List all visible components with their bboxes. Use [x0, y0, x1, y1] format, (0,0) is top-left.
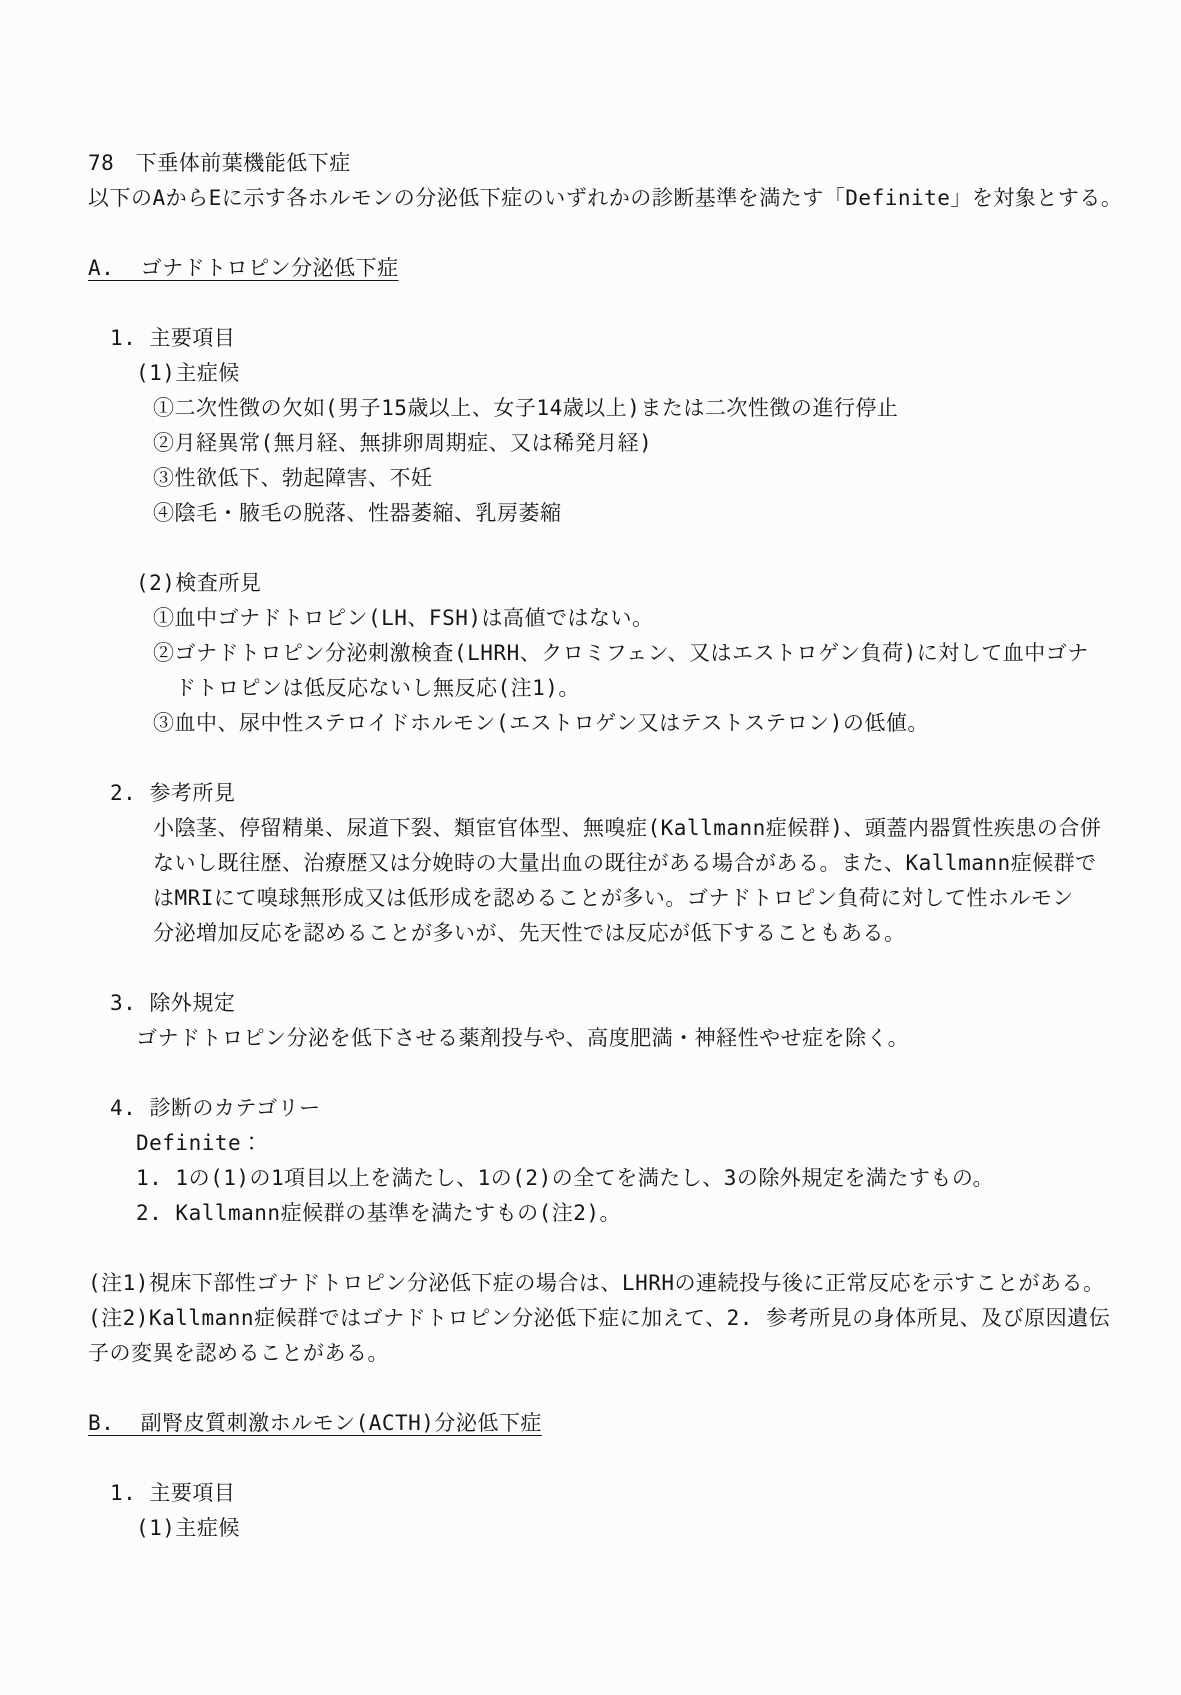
a-main-items-title: 1. 主要項目 [88, 321, 1141, 356]
b-main-items-title: 1. 主要項目 [88, 1476, 1141, 1511]
a-definite-label: Definite： [88, 1126, 1141, 1161]
note-2-continuation: 子の変異を認めることがある。 [88, 1336, 1141, 1371]
b-symptoms-title: (1)主症候 [88, 1511, 1141, 1546]
a-symptom-item-1: ①二次性徴の欠如(男子15歳以上、女子14歳以上)または二次性徴の進行停止 [88, 391, 1141, 426]
a-symptom-item-2: ②月経異常(無月経、無排卵周期症、又は稀発月経) [88, 426, 1141, 461]
section-b-heading: B. 副腎皮質刺激ホルモン(ACTH)分泌低下症 [88, 1406, 1141, 1441]
a-reference-line-4: 分泌増加反応を認めることが多いが、先天性では反応が低下することもある。 [88, 916, 1141, 951]
page-number-title: 78 下垂体前葉機能低下症 [88, 146, 1141, 181]
a-reference-line-2: ないし既往歴、治療歴又は分娩時の大量出血の既往がある場合がある。また、Kallm… [88, 846, 1141, 881]
a-exclusion-body: ゴナドトロピン分泌を低下させる薬剤投与や、高度肥満・神経性やせ症を除く。 [88, 1021, 1141, 1056]
a-symptom-item-4: ④陰毛・腋毛の脱落、性器萎縮、乳房萎縮 [88, 496, 1141, 531]
section-a-heading: A. ゴナドトロピン分泌低下症 [88, 251, 1141, 286]
scope-statement: 以下のAからEに示す各ホルモンの分泌低下症のいずれかの診断基準を満たす「Defi… [88, 181, 1141, 216]
a-reference-line-1: 小陰茎、停留精巣、尿道下裂、類宦官体型、無嗅症(Kallmann症候群)、頭蓋内… [88, 811, 1141, 846]
a-lab-item-3: ③血中、尿中性ステロイドホルモン(エストロゲン又はテストステロン)の低値。 [88, 706, 1141, 741]
a-reference-title: 2. 参考所見 [88, 776, 1141, 811]
note-1: (注1)視床下部性ゴナドトロピン分泌低下症の場合は、LHRHの連続投与後に正常反… [88, 1266, 1141, 1301]
a-reference-line-3: はMRIにて嗅球無形成又は低形成を認めることが多い。ゴナドトロピン負荷に対して性… [88, 881, 1141, 916]
a-category-title: 4. 診断のカテゴリー [88, 1091, 1141, 1126]
a-lab-findings-title: (2)検査所見 [88, 566, 1141, 601]
a-exclusion-title: 3. 除外規定 [88, 986, 1141, 1021]
a-lab-item-2-continuation: ドトロピンは低反応ないし無反応(注1)。 [88, 671, 1141, 706]
note-2: (注2)Kallmann症候群ではゴナドトロピン分泌低下症に加えて、2. 参考所… [88, 1301, 1141, 1336]
a-definite-criterion-2: 2. Kallmann症候群の基準を満たすもの(注2)。 [88, 1196, 1141, 1231]
a-symptom-item-3: ③性欲低下、勃起障害、不妊 [88, 461, 1141, 496]
a-definite-criterion-1: 1. 1の(1)の1項目以上を満たし、1の(2)の全てを満たし、3の除外規定を満… [88, 1161, 1141, 1196]
a-lab-item-1: ①血中ゴナドトロピン(LH、FSH)は高値ではない。 [88, 601, 1141, 636]
a-symptoms-title: (1)主症候 [88, 356, 1141, 391]
document-page: 78 下垂体前葉機能低下症 以下のAからEに示す各ホルモンの分泌低下症のいずれか… [0, 0, 1181, 1695]
a-lab-item-2: ②ゴナドトロピン分泌刺激検査(LHRH、クロミフェン、又はエストロゲン負荷)に対… [88, 636, 1141, 671]
